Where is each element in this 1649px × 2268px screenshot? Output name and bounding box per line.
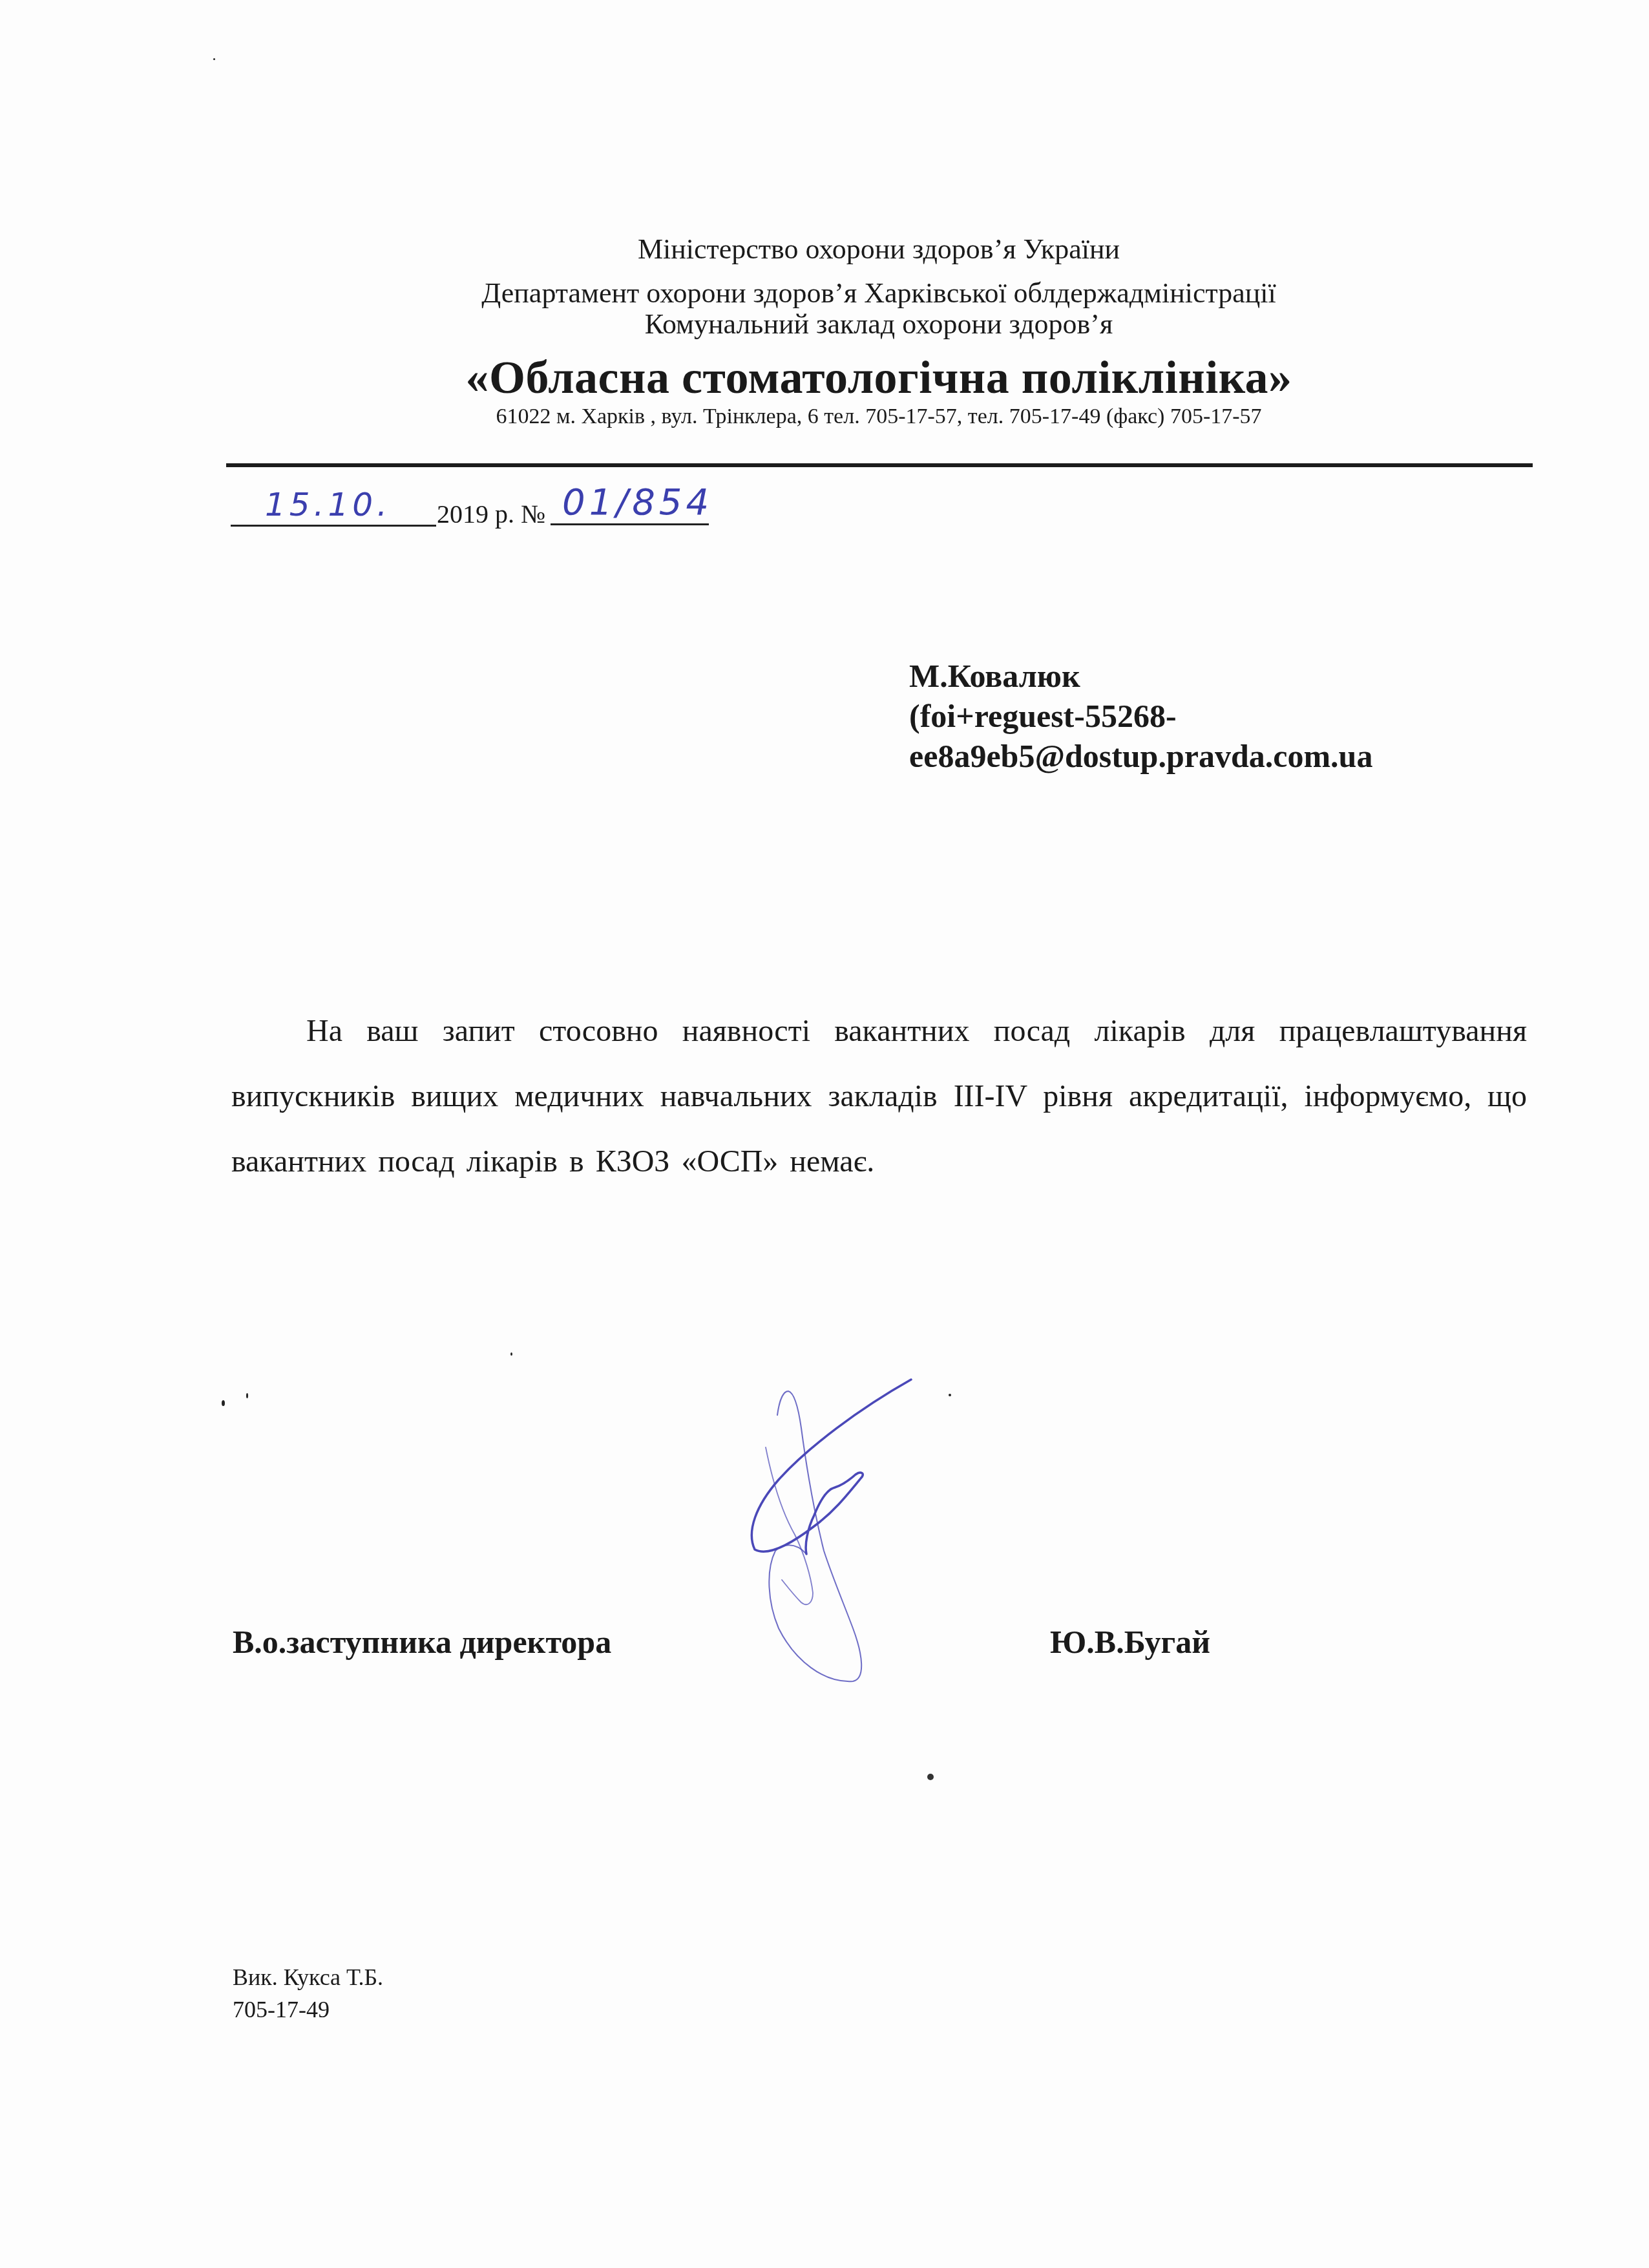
body-paragraph: На ваш запит стосовно наявності вакантни… bbox=[231, 998, 1527, 1194]
institution-name: «Обласна стоматологічна поліклініка» bbox=[0, 354, 1649, 401]
date-underline bbox=[231, 525, 436, 527]
scan-speck bbox=[213, 58, 215, 60]
letter-body: На ваш запит стосовно наявності вакантни… bbox=[231, 998, 1527, 1194]
department-line: Департамент охорони здоров’я Харківської… bbox=[0, 279, 1649, 308]
signatory-role: В.о.заступника директора bbox=[233, 1623, 611, 1661]
recipient-email-line1: (foi+reguest-55268- bbox=[909, 696, 1372, 736]
handwritten-number: 01/854 bbox=[562, 481, 713, 523]
recipient-name: М.Ковалюк bbox=[909, 656, 1372, 696]
recipient-block: М.Ковалюк (foi+reguest-55268- ee8a9eb5@d… bbox=[909, 656, 1372, 776]
ministry-line: Міністерство охорони здоров’я України bbox=[0, 235, 1649, 264]
executor-phone: 705-17-49 bbox=[233, 1993, 383, 2026]
handwritten-signature-icon bbox=[711, 1357, 982, 1887]
scan-speck bbox=[246, 1393, 248, 1398]
institution-address: 61022 м. Харків , вул. Трінклера, 6 тел.… bbox=[0, 406, 1649, 428]
scan-speck bbox=[510, 1352, 512, 1356]
handwritten-date: 15.10. bbox=[265, 486, 391, 523]
institution-type-line: Комунальний заклад охорони здоров’я bbox=[0, 310, 1649, 339]
executor-block: Вик. Кукса Т.Б. 705-17-49 bbox=[233, 1961, 383, 2026]
registration-year-label: 2019 р. № bbox=[437, 499, 545, 529]
letterhead-divider bbox=[226, 463, 1533, 467]
number-underline bbox=[551, 523, 709, 525]
scan-speck bbox=[222, 1400, 225, 1406]
signatory-name: Ю.В.Бугай bbox=[1050, 1623, 1210, 1661]
executor-name: Вик. Кукса Т.Б. bbox=[233, 1961, 383, 1993]
scan-speck bbox=[949, 1394, 951, 1396]
recipient-email-line2: ee8a9eb5@dostup.pravda.com.ua bbox=[909, 736, 1372, 776]
